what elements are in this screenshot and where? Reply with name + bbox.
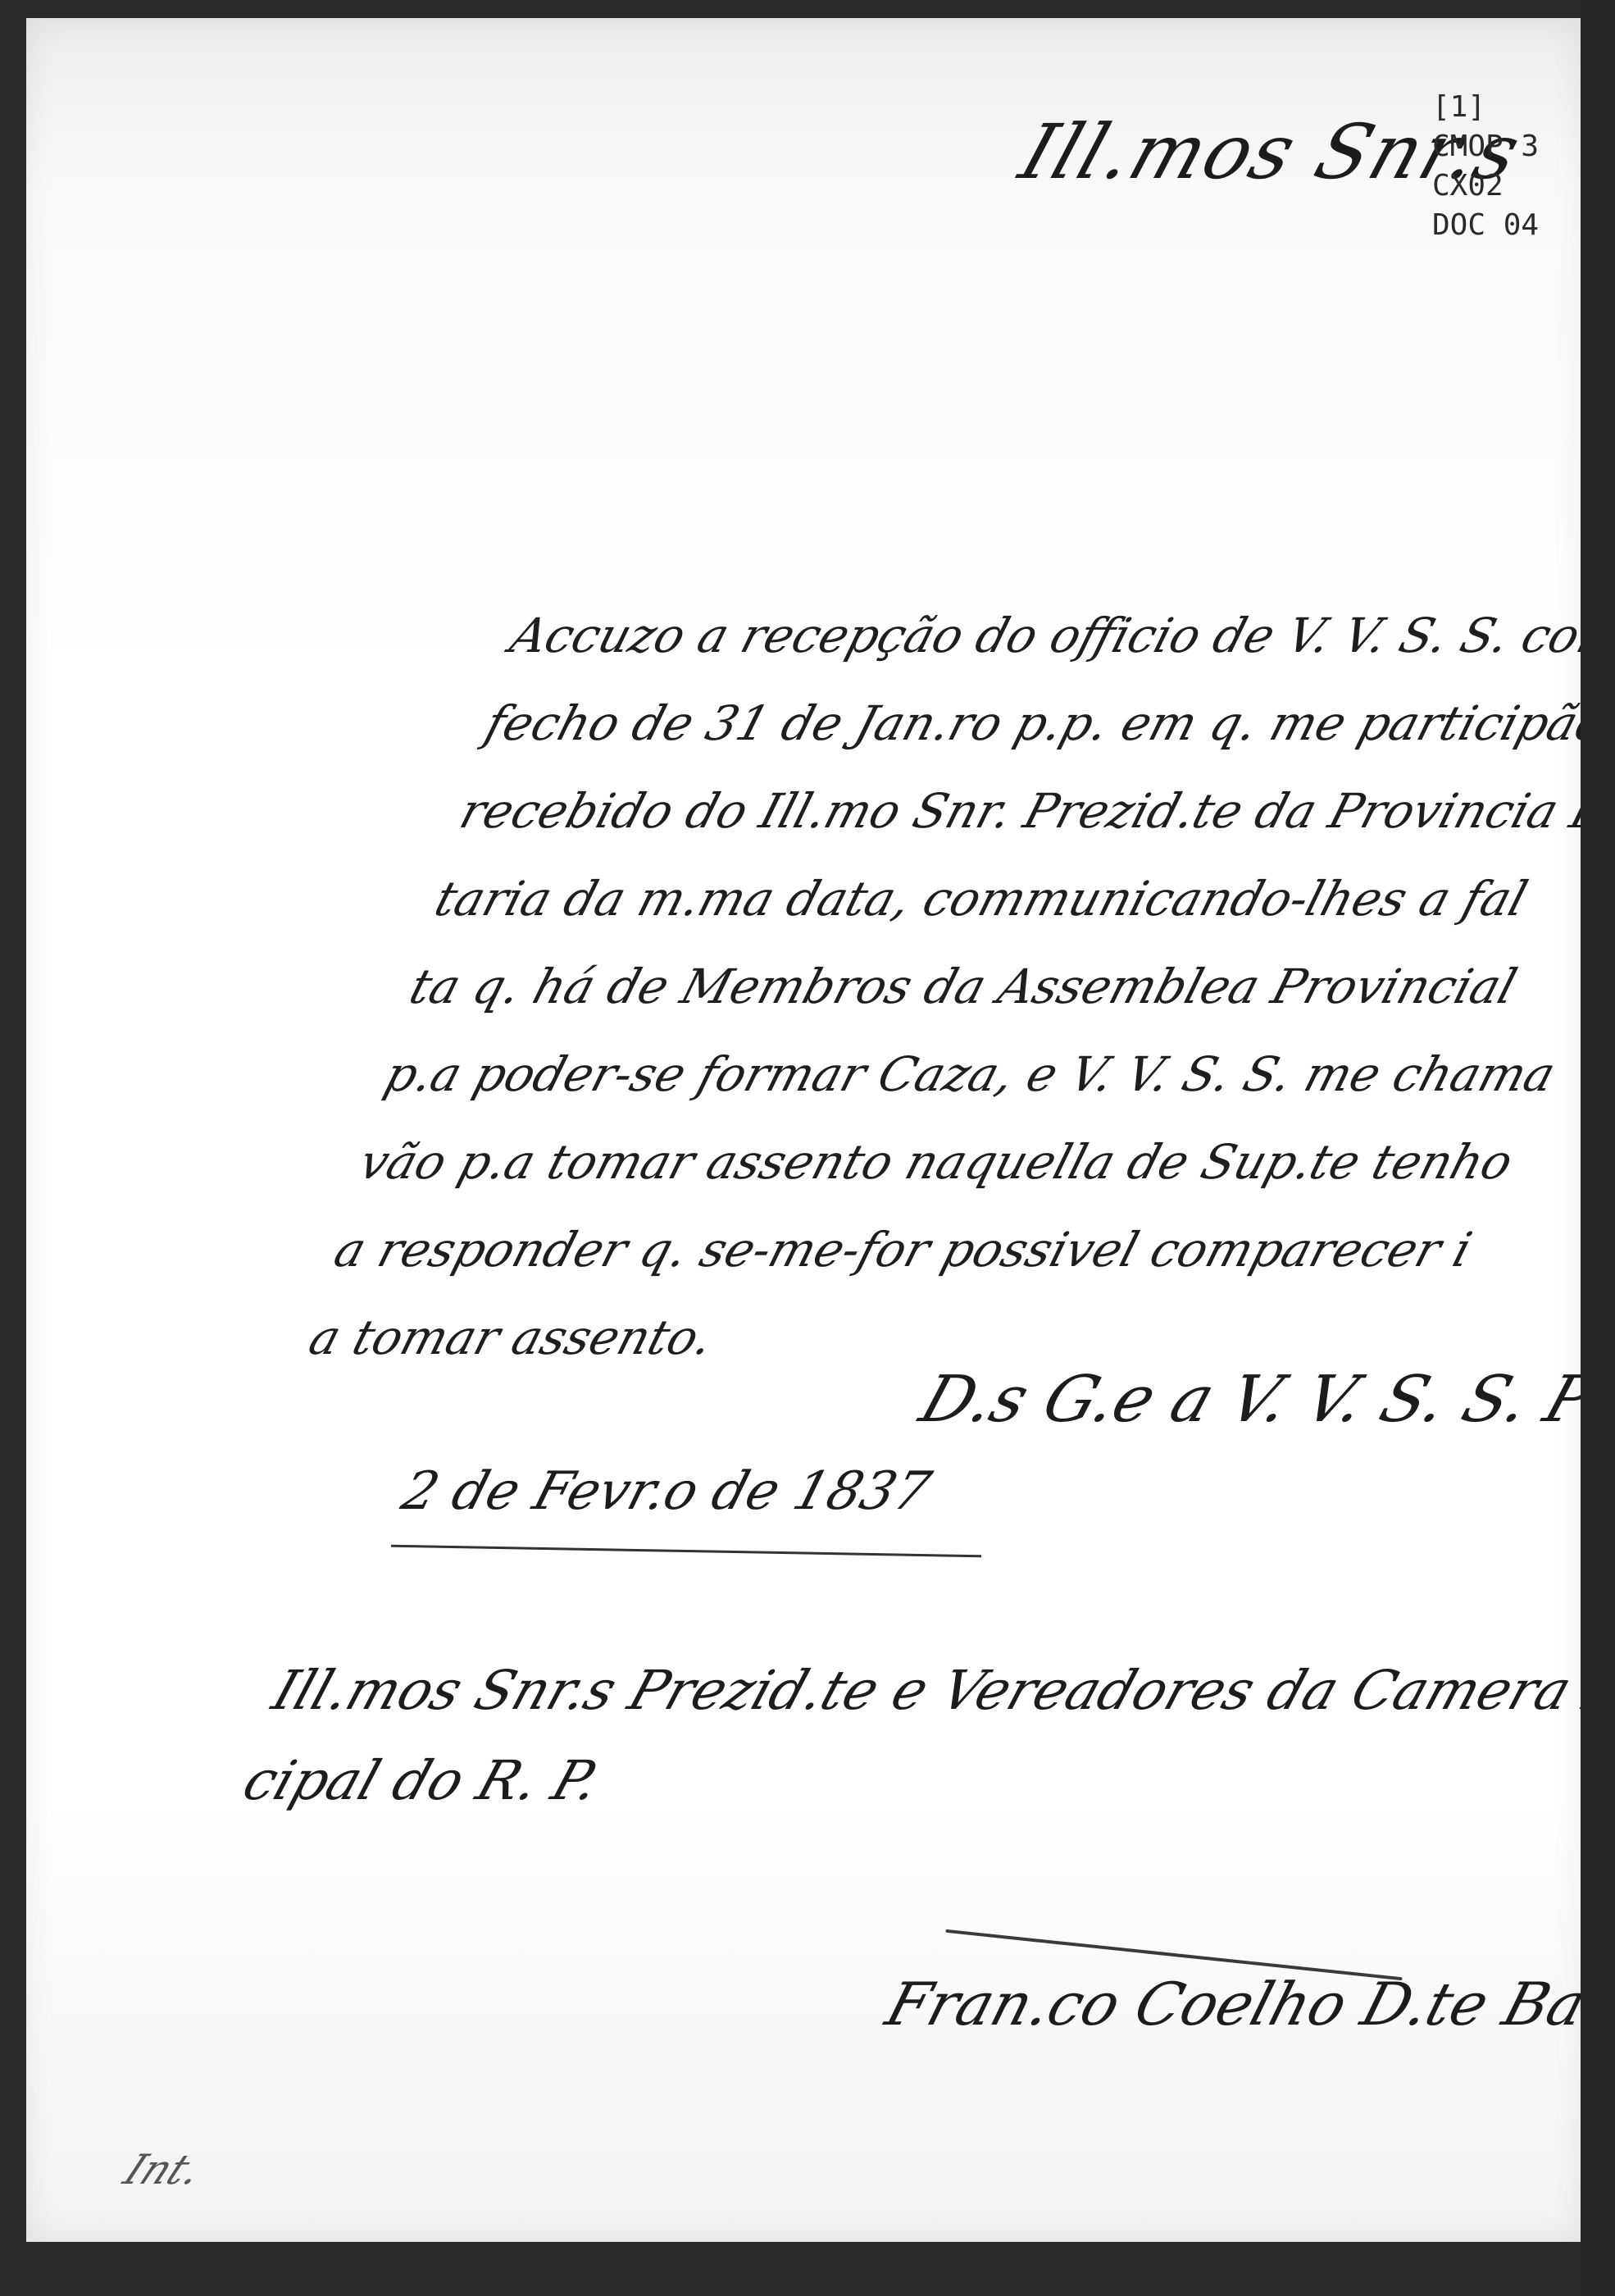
body-line: p.a poder-se formar Caza, e V. V. S. S. … bbox=[374, 1031, 1596, 1118]
body-line: ta q. há de Membros da Assemblea Provinc… bbox=[399, 943, 1615, 1031]
archive-label-line: DOC 04 bbox=[1432, 206, 1539, 245]
body-line: fecho de 31 de Jan.ro p.p. em q. me part… bbox=[475, 680, 1615, 768]
letter-date: 2 de Fevr.o de 1837 bbox=[395, 1461, 937, 1522]
addressee: Ill.mos Snr.s Prezid.te e Vereadores da … bbox=[231, 1646, 1615, 1826]
archive-label-line: [1] bbox=[1432, 88, 1539, 127]
signature: Fran.co Coelho D.te Badaró bbox=[879, 1970, 1615, 2039]
closing-formula: D.s G.e a V. V. S. S. Piranga bbox=[912, 1363, 1615, 1437]
body-line: recebido do Ill.mo Snr. Prezid.te da Pro… bbox=[449, 768, 1615, 855]
archive-label-line: CX02 bbox=[1432, 166, 1539, 206]
scan-border bbox=[1581, 0, 1615, 2296]
body-line: Accuzo a recepção do officio de V. V. S.… bbox=[499, 592, 1615, 680]
margin-note: Int. bbox=[116, 2146, 211, 2193]
body-line: taria da m.ma data, communicando-lhes a … bbox=[424, 855, 1615, 943]
archive-label-line: CMOP 3 bbox=[1432, 127, 1539, 166]
body-line: vão p.a tomar assento naquella de Sup.te… bbox=[348, 1118, 1571, 1206]
letter-body: Accuzo a recepção do officio de V. V. S.… bbox=[298, 592, 1615, 1382]
addressee-line: cipal do R. P. bbox=[231, 1736, 1615, 1826]
body-line: a responder q. se-me-for possivel compar… bbox=[324, 1206, 1546, 1294]
addressee-line: Ill.mos Snr.s Prezid.te e Vereadores da … bbox=[261, 1646, 1615, 1736]
date-underline bbox=[391, 1545, 981, 1558]
document-page: Ill.mos Snr.s [1] CMOP 3 CX02 DOC 04 Acc… bbox=[26, 18, 1582, 2242]
archive-label: [1] CMOP 3 CX02 DOC 04 bbox=[1432, 88, 1539, 245]
